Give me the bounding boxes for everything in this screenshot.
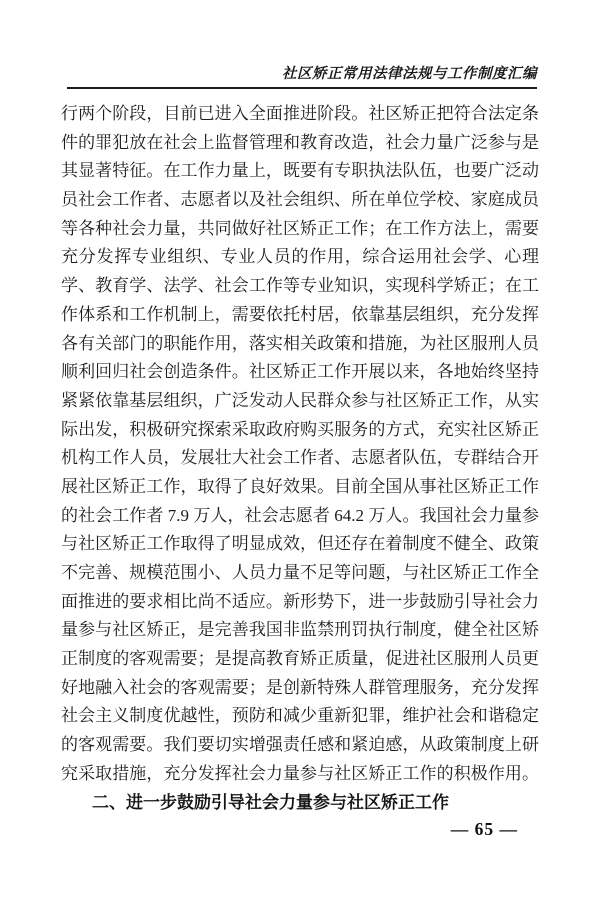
paragraph-line: 各有关部门的职能作用，落实相关政策和措施，为社区服刑人员 [61, 330, 539, 359]
paragraph-line: 等各种社会力量，共同做好社区矫正工作；在工作方法上，需要 [61, 215, 539, 244]
paragraph-line: 紧紧依靠基层组织，广泛发动人民群众参与社区矫正工作，从实 [61, 387, 539, 416]
paragraph-line: 的客观需要。我们要切实增强责任感和紧迫感，从政策制度上研 [61, 731, 539, 760]
section-heading: 二、进一步鼓励引导社会力量参与社区矫正工作 [61, 789, 539, 818]
paragraph-line: 不完善、规模范围小、人员力量不足等问题，与社区矫正工作全 [61, 559, 539, 588]
paragraph-line: 员社会工作者、志愿者以及社会组织、所在单位学校、家庭成员 [61, 186, 539, 215]
document-page: 社区矫正常用法律法规与工作制度汇编 行两个阶段，目前已进入全面推进阶段。社区矫正… [0, 0, 600, 900]
paragraph-line: 机构工作人员，发展壮大社会工作者、志愿者队伍，专群结合开 [61, 444, 539, 473]
paragraph-line: 际出发，积极研究探索采取政府购买服务的方式，充实社区矫正 [61, 416, 539, 445]
paragraph-line: 社会主义制度优越性，预防和减少重新犯罪，维护社会和谐稳定 [61, 702, 539, 731]
header-divider [67, 87, 537, 89]
paragraph-line: 究采取措施，充分发挥社会力量参与社区矫正工作的积极作用。 [61, 760, 539, 789]
page-number: — 65 — [451, 819, 518, 840]
running-header: 社区矫正常用法律法规与工作制度汇编 [282, 62, 537, 83]
paragraph-line: 顺利回归社会创造条件。社区矫正工作开展以来，各地始终坚持 [61, 358, 539, 387]
paragraph-line: 正制度的客观需要；是提高教育矫正质量，促进社区服刑人员更 [61, 645, 539, 674]
paragraph-line: 其显著特征。在工作力量上，既要有专职执法队伍，也要广泛动 [61, 157, 539, 186]
paragraph-line: 的社会工作者 7.9 万人，社会志愿者 64.2 万人。我国社会力量参 [61, 502, 539, 531]
paragraph-line: 面推进的要求相比尚不适应。新形势下，进一步鼓励引导社会力 [61, 588, 539, 617]
paragraph-line: 量参与社区矫正，是完善我国非监禁刑罚执行制度，健全社区矫 [61, 616, 539, 645]
paragraph-line: 展社区矫正工作，取得了良好效果。目前全国从事社区矫正工作 [61, 473, 539, 502]
paragraph-line: 学、教育学、法学、社会工作等专业知识，实现科学矫正；在工 [61, 272, 539, 301]
paragraph-line: 行两个阶段，目前已进入全面推进阶段。社区矫正把符合法定条 [61, 100, 539, 129]
body-text: 行两个阶段，目前已进入全面推进阶段。社区矫正把符合法定条 件的罪犯放在社会上监督… [61, 100, 539, 817]
paragraph-line: 作体系和工作机制上，需要依托村居，依靠基层组织，充分发挥 [61, 301, 539, 330]
paragraph-line: 充分发挥专业组织、专业人员的作用，综合运用社会学、心理 [61, 243, 539, 272]
paragraph-line: 与社区矫正工作取得了明显成效，但还存在着制度不健全、政策 [61, 530, 539, 559]
paragraph-line: 好地融入社会的客观需要；是创新特殊人群管理服务，充分发挥 [61, 674, 539, 703]
paragraph-line: 件的罪犯放在社会上监督管理和教育改造，社会力量广泛参与是 [61, 129, 539, 158]
